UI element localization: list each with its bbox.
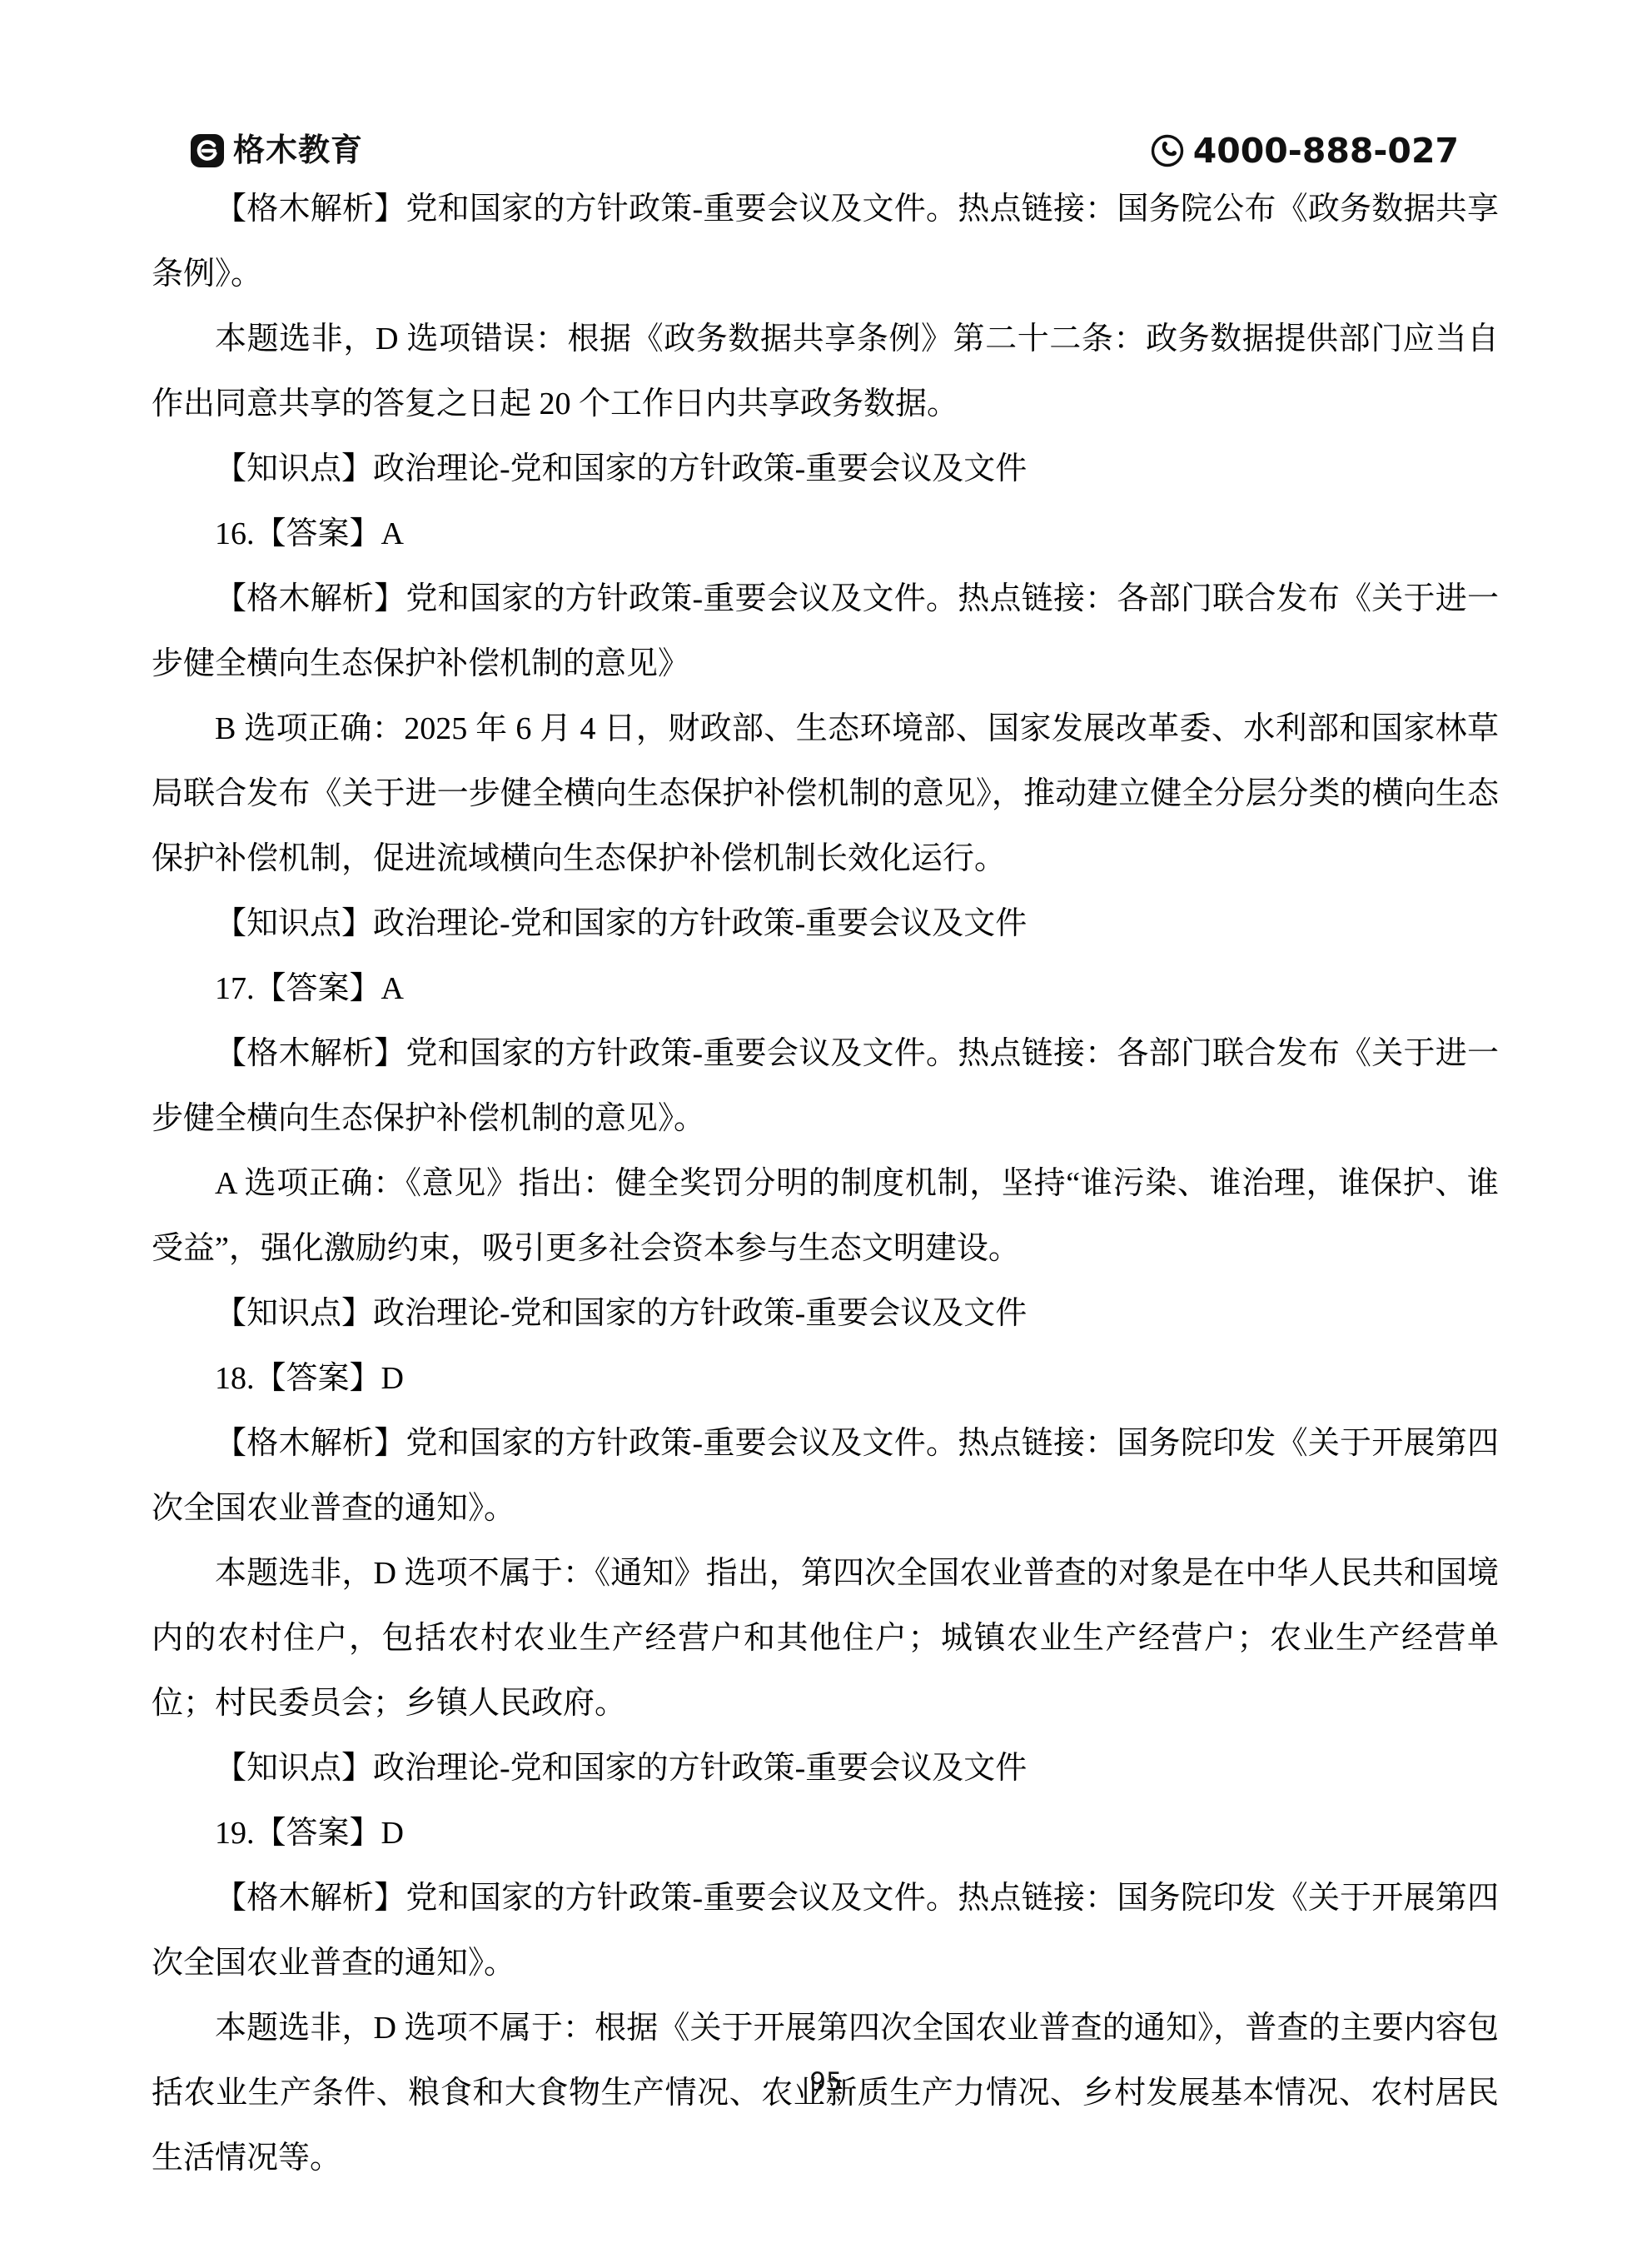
- paragraph-answer-17: 17.【答案】A: [152, 956, 1499, 1021]
- brand-name: 格木教育: [233, 133, 363, 168]
- paragraph-analysis-15: 【格木解析】党和国家的方针政策-重要会议及文件。热点链接：国务院公布《政务数据共…: [152, 177, 1499, 307]
- paragraph-analysis-19: 【格木解析】党和国家的方针政策-重要会议及文件。热点链接：国务院印发《关于开展第…: [152, 1866, 1499, 1996]
- contact-phone: 4000-888-027: [1150, 133, 1459, 168]
- paragraph-knowledge-point-16: 【知识点】政治理论-党和国家的方针政策-重要会议及文件: [152, 891, 1499, 956]
- paragraph-answer-19: 19.【答案】D: [152, 1801, 1499, 1866]
- page-footer: 95: [0, 2067, 1652, 2097]
- phone-icon: [1150, 133, 1185, 168]
- paragraph-knowledge-point-15: 【知识点】政治理论-党和国家的方针政策-重要会议及文件: [152, 436, 1499, 501]
- gemu-logo-icon: [190, 133, 225, 168]
- brand-logo: 格木教育: [190, 133, 363, 168]
- paragraph-analysis-18: 【格木解析】党和国家的方针政策-重要会议及文件。热点链接：国务院印发《关于开展第…: [152, 1411, 1499, 1541]
- paragraph-explanation-16: B 选项正确：2025 年 6 月 4 日，财政部、生态环境部、国家发展改革委、…: [152, 696, 1499, 891]
- paragraph-analysis-17: 【格木解析】党和国家的方针政策-重要会议及文件。热点链接：各部门联合发布《关于进…: [152, 1021, 1499, 1151]
- document-page: 格木教育 4000-888-027 【格木解析】党和国家的方针政策-重要会议及文…: [0, 0, 1652, 2243]
- paragraph-knowledge-point-17: 【知识点】政治理论-党和国家的方针政策-重要会议及文件: [152, 1281, 1499, 1346]
- paragraph-explanation-15: 本题选非，D 选项错误：根据《政务数据共享条例》第二十二条：政务数据提供部门应当…: [152, 307, 1499, 436]
- paragraph-answer-16: 16.【答案】A: [152, 501, 1499, 566]
- page-header: 格木教育 4000-888-027: [190, 129, 1459, 172]
- paragraph-explanation-17: A 选项正确：《意见》指出：健全奖罚分明的制度机制，坚持“谁污染、谁治理，谁保护…: [152, 1151, 1499, 1281]
- phone-number: 4000-888-027: [1193, 133, 1459, 168]
- paragraph-knowledge-point-18: 【知识点】政治理论-党和国家的方针政策-重要会议及文件: [152, 1736, 1499, 1801]
- page-number: 95: [809, 2067, 842, 2097]
- paragraph-analysis-16: 【格木解析】党和国家的方针政策-重要会议及文件。热点链接：各部门联合发布《关于进…: [152, 566, 1499, 696]
- paragraph-answer-18: 18.【答案】D: [152, 1346, 1499, 1411]
- paragraph-explanation-18: 本题选非，D 选项不属于：《通知》指出，第四次全国农业普查的对象是在中华人民共和…: [152, 1541, 1499, 1736]
- document-body: 【格木解析】党和国家的方针政策-重要会议及文件。热点链接：国务院公布《政务数据共…: [152, 177, 1499, 2191]
